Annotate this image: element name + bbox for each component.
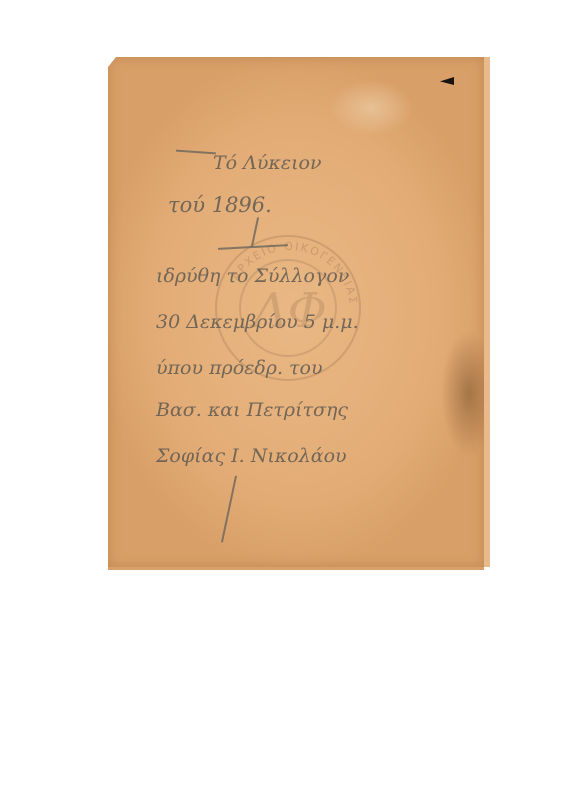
- handwritten-line-3: ιδρύθη το Σύλλογον: [156, 265, 349, 287]
- descender-stroke: [221, 476, 237, 543]
- handwritten-line-2: τού 1896.: [168, 193, 272, 217]
- underline-stroke: [176, 150, 216, 154]
- handwritten-line-4: 30 Δεκεμβρίου 5 μ.μ.: [156, 311, 359, 333]
- handwritten-line-1: Τό Λύκειον: [213, 152, 322, 174]
- handwritten-line-5: ύπου πρόεδρ. του: [156, 357, 323, 379]
- torn-corner: [108, 57, 116, 67]
- scan-page: ΑΡΧΕΙΟ ΟΙΚΟΓΕΝΕΙΑΣ ΛΦ Τό Λύκειον τού 189…: [0, 0, 581, 800]
- handwritten-line-6: Βασ. και Πετρίτσης: [156, 399, 348, 421]
- paper-sheet: ΑΡΧΕΙΟ ΟΙΚΟΓΕΝΕΙΑΣ ΛΦ Τό Λύκειον τού 189…: [108, 57, 484, 570]
- paper-edge: [484, 57, 490, 567]
- handwritten-line-7: Σοφίας Ι. Νικολάου: [156, 445, 347, 467]
- ink-mark-icon: [440, 77, 454, 85]
